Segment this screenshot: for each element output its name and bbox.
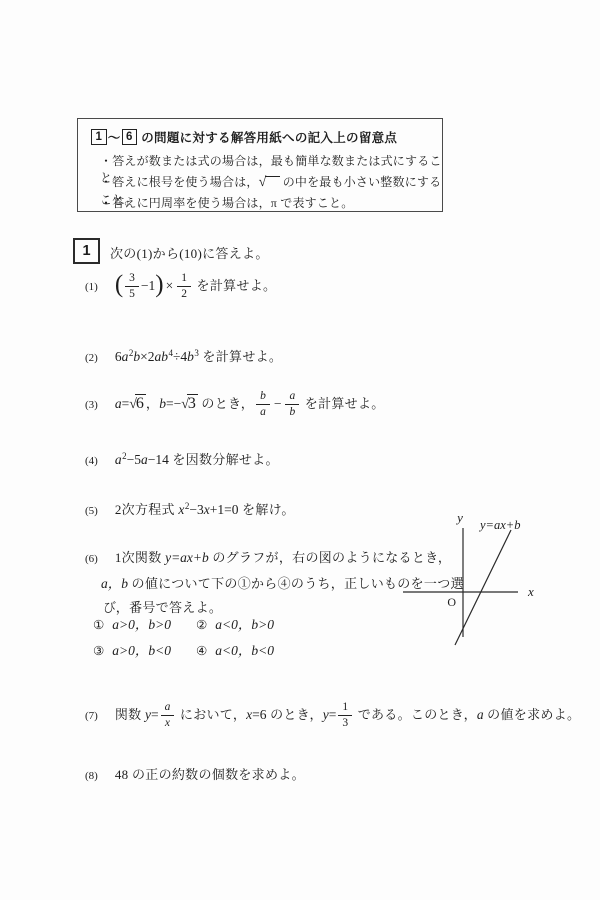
minus-14: −14 (148, 452, 169, 467)
circled-4: ④ (196, 643, 207, 658)
boxed-number-6: 6 (122, 129, 138, 145)
question-5: (5) 2次方程式 x2−3x+1=0 を解け。 (85, 499, 295, 519)
var-x: x (178, 502, 184, 517)
notice-bullet-3: ・答えに円周率を使う場合は，π で表すこと。 (100, 194, 353, 211)
fraction-1-3: 13 (338, 701, 352, 729)
question-4-tail: を因数分解せよ。 (169, 452, 279, 467)
question-8: (8) 48 の正の約数の個数を求めよ。 (85, 764, 305, 784)
var-b: b (187, 349, 194, 364)
option-2: ② a<0，b>0 (196, 613, 274, 634)
question-5-label: (5) (85, 505, 98, 517)
problem-statement: 次の(1)から(10)に答えよ。 (110, 243, 269, 262)
origin-label: O (447, 595, 456, 609)
minus-5: −5 (127, 452, 141, 467)
question-7-label: (7) (85, 710, 98, 722)
fraction-3-5: 35 (125, 272, 139, 300)
question-1-label: (1) (85, 281, 98, 293)
left-paren: ( (115, 271, 123, 298)
question-2-tail: を計算せよ。 (199, 349, 282, 364)
question-6-line1: (6) 1次関数 y=ax+b のグラフが，右の図のようになるとき， (85, 547, 451, 567)
question-4-label: (4) (85, 455, 98, 467)
question-5-tail: を解け。 (239, 502, 295, 517)
plus-1-eq-0: +1=0 (210, 502, 239, 517)
minus-3: −3 (189, 502, 203, 517)
divide-coeff: ÷4 (173, 349, 187, 364)
var-a: a (115, 396, 122, 411)
when-text: のとき， (267, 707, 323, 722)
option-1: ① a>0，b>0 (93, 613, 192, 634)
times-coeff: ×2 (140, 349, 154, 364)
var-ab: ab (154, 349, 168, 364)
question-3-tail: を計算せよ。 (301, 396, 384, 411)
vars-a-b: a，b (101, 576, 128, 591)
problem-number-box: 1 (73, 238, 100, 264)
graph-line-label: y=ax+b (478, 518, 520, 532)
equals-6: =6 (252, 707, 266, 722)
sqrt-6: √6 (129, 395, 146, 412)
coeff: 6 (115, 349, 122, 364)
y-axis-label: y (455, 510, 463, 525)
question-3-label: (3) (85, 399, 98, 411)
boxed-number-1: 1 (91, 129, 107, 145)
var-a: a (115, 452, 122, 467)
circled-2: ② (196, 617, 207, 632)
fraction-a-b: ab (285, 390, 299, 418)
option-4: ④ a<0，b<0 (196, 639, 274, 660)
question-7-tail: の値を求めよ。 (484, 707, 581, 722)
notice-box: 1 ～ 6 の問題に対する解答用紙への記入上の留意点 ・答えが数または式の場合は… (77, 118, 443, 212)
equals-sign: = (151, 707, 159, 722)
question-2-label: (2) (85, 352, 98, 364)
linear-function-text: 1次関数 (115, 550, 165, 565)
question-8-text: 48 の正の約数の個数を求めよ。 (115, 767, 305, 782)
question-1-tail: を計算せよ。 (193, 278, 276, 293)
equation-y-ax-b: y=ax+b (165, 550, 209, 565)
x-axis-label: x (527, 584, 534, 599)
question-8-label: (8) (85, 770, 98, 782)
comma: ， (146, 396, 159, 411)
question-7: (7) 関数 y=ax において，x=6 のとき，y=13 である。このとき，a… (85, 701, 580, 729)
quadratic-equation-text: 2次方程式 (115, 502, 179, 517)
question-2: (2) 6a2b×2ab4÷4b3 を計算せよ。 (85, 346, 282, 366)
right-paren: ) (155, 271, 163, 298)
tilde-separator: ～ (108, 128, 121, 146)
sqrt-3: √3 (181, 395, 198, 412)
equals-minus: =− (166, 396, 181, 411)
var-b: b (159, 396, 166, 411)
connector-text: のとき， (198, 396, 254, 411)
question-6-options-row2: ③ a>0，b<0 ④ a<0，b<0 (93, 639, 274, 660)
notice-title: 1 ～ 6 の問題に対する解答用紙への記入上の留意点 (90, 128, 397, 146)
linear-function-graph: y x O y=ax+b (398, 505, 548, 650)
var-a: a (477, 707, 484, 722)
question-6-options-row1: ① a>0，b>0 ② a<0，b>0 (93, 613, 274, 634)
question-4: (4) a2−5a−14 を因数分解せよ。 (85, 449, 279, 469)
times-sign: × (166, 278, 174, 293)
function-text: 関数 (115, 707, 145, 722)
in-text: において， (176, 707, 246, 722)
fraction-b-a: ba (256, 390, 270, 418)
notice-title-text: の問題に対する解答用紙への記入上の留意点 (141, 128, 397, 146)
var-a: a (141, 452, 148, 467)
circled-3: ③ (93, 643, 104, 658)
then-text: である。このとき， (354, 707, 477, 722)
fraction-a-x: ax (161, 701, 175, 729)
question-1: (1) (35−1)×12 を計算せよ。 (85, 272, 276, 300)
option-3: ③ a>0，b<0 (93, 639, 192, 660)
notice-bullet-2-pre: ・答えに根号を使う場合は， (100, 175, 259, 189)
radical-icon: √ (259, 175, 280, 189)
minus-sign: − (274, 396, 282, 411)
circled-1: ① (93, 617, 104, 632)
minus-one: −1 (141, 278, 155, 293)
question-3: (3) a=√6，b=−√3 のとき，ba−ab を計算せよ。 (85, 390, 385, 418)
fraction-1-2: 12 (177, 272, 191, 300)
equals-sign: = (329, 707, 337, 722)
question-6-label: (6) (85, 553, 98, 565)
var-a: a (122, 349, 129, 364)
